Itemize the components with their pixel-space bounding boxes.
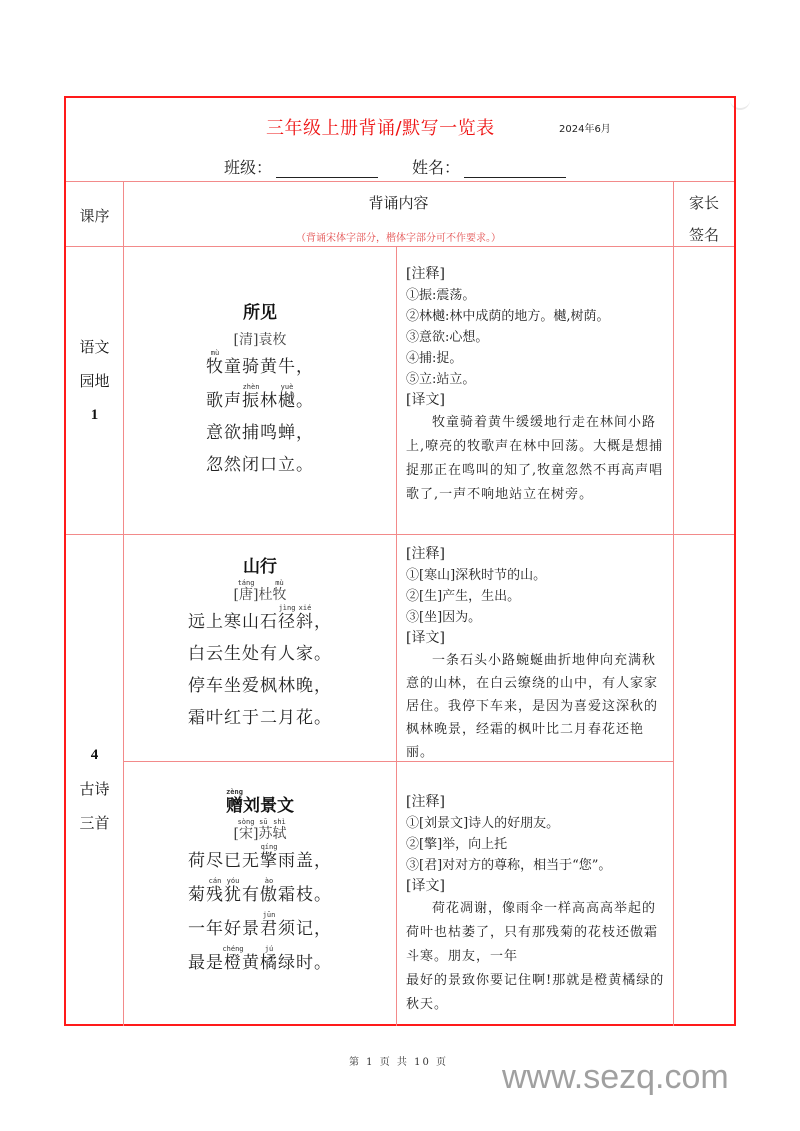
lesson-cell-4: 4 古诗 三首 [66,738,123,840]
poem-zengliujingwen: 赠zèng刘景文 [宋sòng]苏轼sū shì 荷尽已无擎qíng雨盖， 菊残… [124,788,396,979]
lesson-text: 语文 [66,330,123,364]
note-item: ①[刘景文]诗人的好朋友。 [406,813,668,834]
poem-line: 牧mù童骑黄牛， [124,349,396,383]
poem-line: 歌声振zhèn林樾yuè。 [124,383,396,417]
note-item: ⑤立:站立。 [406,369,668,390]
poem-line: 意欲捕鸣蝉， [124,417,396,449]
note-item: ②林樾:林中成荫的地方。樾,树荫。 [406,306,668,327]
translation-text: 荷花凋谢，像雨伞一样高高高举起的荷叶也枯萎了，只有那残菊的花枝还傲霜 斗寒。朋友… [406,897,668,969]
lesson-cell-1: 语文 园地 1 [66,330,123,432]
note-item: ④捕:捉。 [406,348,668,369]
class-field-group: 班级： [224,155,382,178]
note-item: ③[君]对对方的尊称，相当于“您”。 [406,855,668,876]
lesson-text: 园地 [66,364,123,398]
divider-row1 [66,534,734,535]
notes-shanxing: [注释] ①[寒山]深秋时节的山。 ②[生]产生，生出。 ③[坐]因为。 [译文… [406,544,668,764]
poem-line: 一年好景君jūn须记， [124,911,396,945]
translation-heading: [译文] [406,390,668,411]
notes-heading: [注释] [406,792,668,813]
col-header-sign-1: 家长 [674,192,734,213]
notes-zengliujingwen: [注释] ①[刘景文]诗人的好朋友。 ②[擎]举，向上托 ③[君]对对方的尊称，… [406,792,668,1017]
poem-title: 赠zèng刘景文 [124,788,396,816]
note-item: ①[寒山]深秋时节的山。 [406,565,668,586]
poem-line: 白云生处有人家。 [124,638,396,670]
lesson-text: 古诗 [66,772,123,806]
note-item: ③[坐]因为。 [406,607,668,628]
divider-colheader [66,246,734,247]
translation-text: 一条石头小路蜿蜒曲折地伸向充满秋意的山林，在白云缭绕的山中，有人家家居住。我停下… [406,649,668,764]
note-item: ②[擎]举，向上托 [406,834,668,855]
poem-line: 霜叶红于二月花。 [124,702,396,734]
translation-text: 牧童骑着黄牛缓缓地行走在林间小路上,嘹亮的牧歌声在林中回荡。大概是想捕捉那正在鸣… [406,411,668,507]
col-header-sign-2: 签名 [674,224,734,245]
notes-heading: [注释] [406,544,668,565]
note-item: ①振:震荡。 [406,285,668,306]
notes-suojian: [注释] ①振:震荡。 ②林樾:林中成荫的地方。樾,树荫。 ③意欲:心想。 ④捕… [406,264,668,507]
translation-text: 最好的景致你要记住啊!那就是橙黄橘绿的秋天。 [406,969,668,1017]
watermark: www.sezq.com [502,1058,729,1097]
poem-title: 所见 [124,298,396,323]
class-input[interactable] [276,161,378,178]
poem-author: [宋sòng]苏轼sū shì [124,818,396,843]
note-item: ②[生]产生，生出。 [406,586,668,607]
date-label: 2024年6月 [559,120,611,135]
poem-line: 最是橙chéng黄橘jú绿时。 [124,945,396,979]
translation-heading: [译文] [406,876,668,897]
translation-heading: [译文] [406,628,668,649]
poem-line: 停车坐爱枫林晚， [124,670,396,702]
poem-line: 远上寒山石径jìng斜xié， [124,604,396,638]
poem-line: 菊残cán犹yóu有傲ào霜枝。 [124,877,396,911]
poem-title: 山行 [124,552,396,577]
lesson-number: 1 [66,398,123,432]
poem-line: 忽然闭口立。 [124,449,396,481]
divider-col3 [673,181,674,1026]
col-header-content: 背诵内容 [124,192,673,213]
name-label: 姓名： [412,158,460,177]
divider-col2 [396,246,397,1026]
col-header-content-note: （背诵宋体字部分，楷体字部分可不作要求。） [124,229,673,244]
poem-line: 荷尽已无擎qíng雨盖， [124,843,396,877]
title-row: 三年级上册背诵/默写一览表 2024年6月 班级： 姓名： [66,98,734,182]
note-item: ③意欲:心想。 [406,327,668,348]
poem-author: [唐táng]杜牧mù [124,579,396,604]
name-input[interactable] [464,161,566,178]
poem-author: [清]袁枚 [124,329,396,349]
recitation-table: 三年级上册背诵/默写一览表 2024年6月 班级： 姓名： 课序 背诵内容 （背… [64,96,736,1026]
lesson-number: 4 [66,738,123,772]
notes-heading: [注释] [406,264,668,285]
poem-shanxing: 山行 [唐táng]杜牧mù 远上寒山石径jìng斜xié， 白云生处有人家。 … [124,552,396,734]
poem-suojian: 所见 [清]袁枚 牧mù童骑黄牛， 歌声振zhèn林樾yuè。 意欲捕鸣蝉， 忽… [124,298,396,481]
page-number: 第 1 页 共 10 页 [349,1053,448,1068]
class-label: 班级： [224,158,272,177]
lesson-text: 三首 [66,806,123,840]
name-field-group: 姓名： [412,155,570,178]
page-title: 三年级上册背诵/默写一览表 [266,114,495,140]
col-header-lesson: 课序 [66,205,123,226]
